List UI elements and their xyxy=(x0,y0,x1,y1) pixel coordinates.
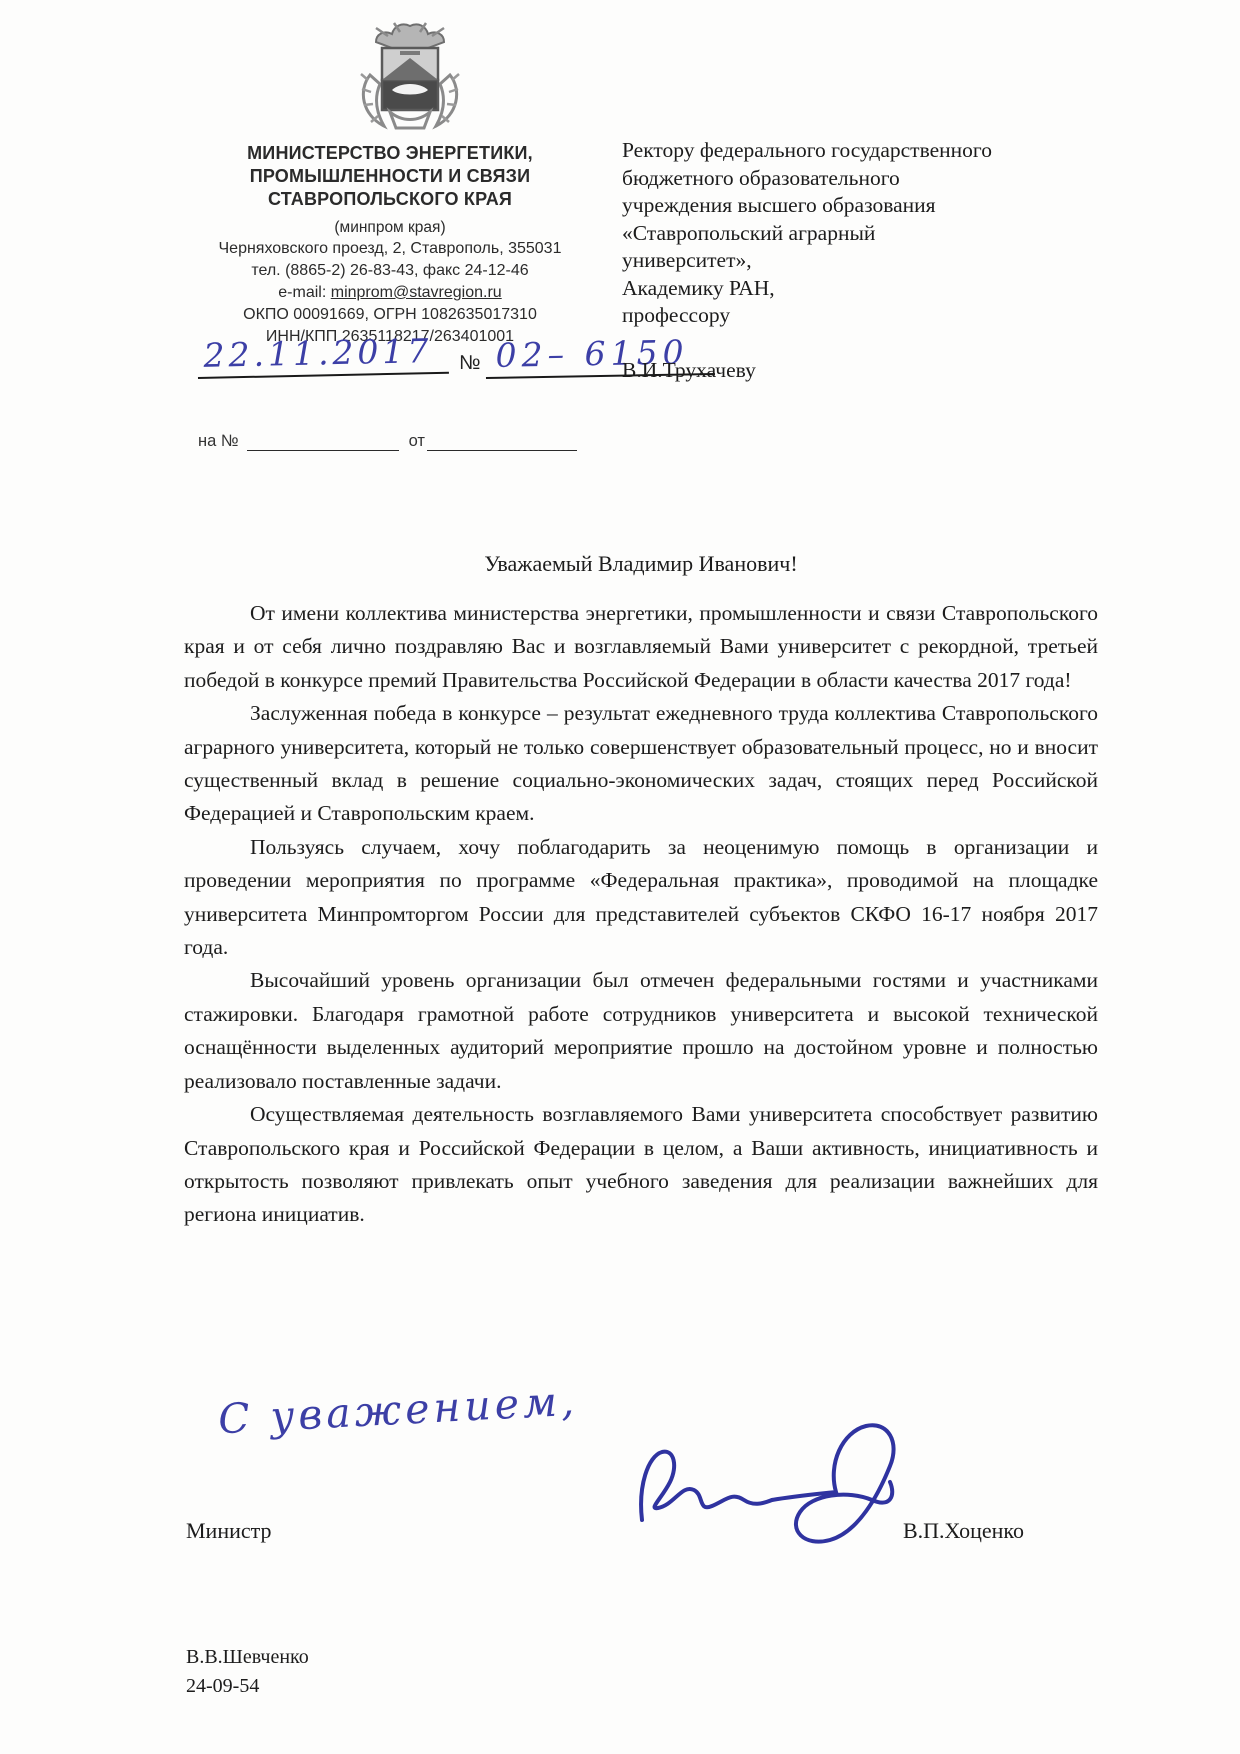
handwritten-signature xyxy=(590,1408,920,1578)
body-paragraph-1: От имени коллектива министерства энергет… xyxy=(184,597,1098,697)
email-label: e-mail: xyxy=(278,284,330,301)
body-paragraph-4: Высочайший уровень организации был отмеч… xyxy=(184,964,1098,1098)
handwritten-regards: С уважением, xyxy=(217,1377,579,1444)
body-paragraph-3: Пользуясь случаем, хочу поблагодарить за… xyxy=(184,831,1098,965)
org-short-name: (минпром края) xyxy=(172,217,608,238)
recipient-line: «Ставропольский аграрный xyxy=(622,220,1092,248)
salutation: Уважаемый Владимир Иванович! xyxy=(185,551,1097,577)
org-name-line-1: МИНИСТЕРСТВО ЭНЕРГЕТИКИ, xyxy=(172,142,608,165)
recipient-line: бюджетного образовательного xyxy=(622,165,1092,193)
org-address: Черняховского проезд, 2, Ставрополь, 355… xyxy=(172,238,608,260)
executor-block: В.В.Шевченко 24-09-54 xyxy=(186,1643,309,1701)
ref-date-blank xyxy=(427,432,577,451)
recipient-name: В.И.Трухачеву xyxy=(622,357,1092,385)
org-email-line: e-mail: minprom@stavregion.ru xyxy=(172,282,608,304)
org-name-line-2: ПРОМЫШЛЕННОСТИ И СВЯЗИ xyxy=(172,165,608,188)
reference-line: на № от xyxy=(198,432,577,451)
executor-phone: 24-09-54 xyxy=(186,1672,309,1701)
recipient-line: университет», xyxy=(622,247,1092,275)
number-sign-label: № xyxy=(459,352,480,375)
signer-position: Министр xyxy=(186,1518,272,1544)
org-name-line-3: СТАВРОПОЛЬСКОГО КРАЯ xyxy=(172,188,608,211)
ref-ot-label: от xyxy=(409,432,425,451)
handwritten-date: 22.11.2017 xyxy=(197,331,449,379)
executor-name: В.В.Шевченко xyxy=(186,1643,309,1672)
recipient-block: Ректору федерального государственного бю… xyxy=(622,137,1092,384)
recipient-line: Ректору федерального государственного xyxy=(622,137,1092,165)
letter-body: От имени коллектива министерства энергет… xyxy=(184,597,1098,1232)
recipient-line: Академику РАН, xyxy=(622,275,1092,303)
stavropol-coat-of-arms-icon xyxy=(348,20,472,138)
scanned-letter-page: МИНИСТЕРСТВО ЭНЕРГЕТИКИ, ПРОМЫШЛЕННОСТИ … xyxy=(0,0,1240,1754)
recipient-line: учреждения высшего образования xyxy=(622,192,1092,220)
email-address: minprom@stavregion.ru xyxy=(331,284,502,301)
body-paragraph-5: Осуществляемая деятельность возглавляемо… xyxy=(184,1098,1098,1232)
ref-number-blank xyxy=(247,432,399,451)
org-phone-fax: тел. (8865-2) 26-83-43, факс 24-12-46 xyxy=(172,260,608,282)
signer-name: В.П.Хоценко xyxy=(903,1518,1024,1544)
body-paragraph-2: Заслуженная победа в конкурсе – результа… xyxy=(184,697,1098,831)
recipient-line: профессору xyxy=(622,302,1092,330)
org-okpo-ogrn: ОКПО 00091669, ОГРН 1082635017310 xyxy=(172,304,608,326)
ref-na-label: на № xyxy=(198,432,239,451)
letterhead: МИНИСТЕРСТВО ЭНЕРГЕТИКИ, ПРОМЫШЛЕННОСТИ … xyxy=(172,142,608,348)
